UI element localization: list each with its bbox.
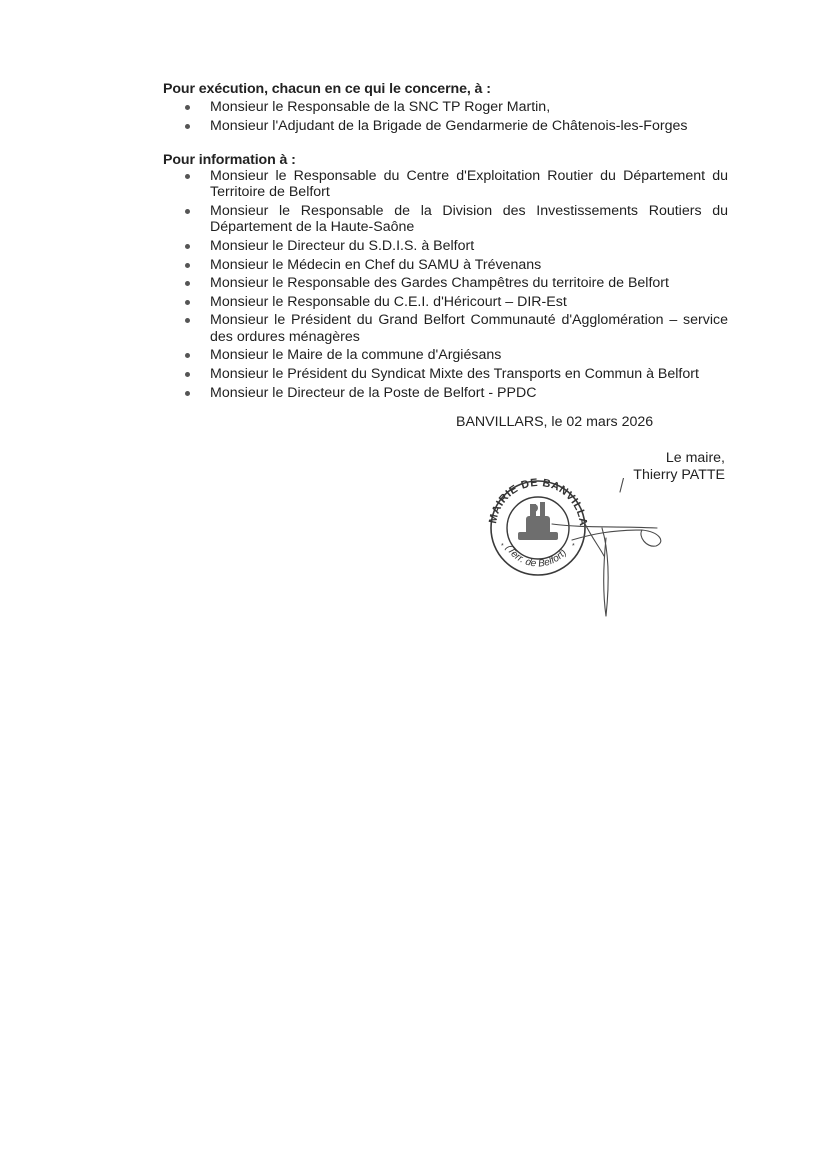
information-recipient-list: Monsieur le Responsable du Centre d'Expl… xyxy=(163,168,728,403)
list-item: Monsieur le Responsable du C.E.I. d'Héri… xyxy=(163,294,728,310)
list-item: Monsieur le Responsable de la SNC TP Rog… xyxy=(163,99,728,115)
list-item: Monsieur l'Adjudant de la Brigade de Gen… xyxy=(163,118,728,134)
bullet-icon xyxy=(185,124,190,129)
bullet-icon xyxy=(185,372,190,377)
bullet-icon xyxy=(185,174,190,179)
signatory-title: Le maire, xyxy=(633,450,725,467)
list-item: Monsieur le Responsable des Gardes Champ… xyxy=(163,275,728,291)
bullet-icon xyxy=(185,300,190,305)
list-item: Monsieur le Président du Syndicat Mixte … xyxy=(163,366,728,382)
bullet-icon xyxy=(185,391,190,396)
list-item: Monsieur le Responsable de la Division d… xyxy=(163,203,728,236)
bullet-icon xyxy=(185,263,190,268)
document-page: Pour exécution, chacun en ce qui le conc… xyxy=(0,0,827,1169)
handwritten-signature-icon xyxy=(482,478,672,628)
list-item: Monsieur le Responsable du Centre d'Expl… xyxy=(163,168,728,201)
bullet-icon xyxy=(185,105,190,110)
place-and-date: BANVILLARS, le 02 mars 2026 xyxy=(456,414,653,430)
list-item: Monsieur le Maire de la commune d'Argiés… xyxy=(163,347,728,363)
list-item: Monsieur le Président du Grand Belfort C… xyxy=(163,312,728,345)
information-heading: Pour information à : xyxy=(163,152,296,168)
execution-heading: Pour exécution, chacun en ce qui le conc… xyxy=(163,81,491,97)
list-item: Monsieur le Directeur de la Poste de Bel… xyxy=(163,385,728,401)
bullet-icon xyxy=(185,209,190,214)
bullet-icon xyxy=(185,281,190,286)
bullet-icon xyxy=(185,318,190,323)
list-item: Monsieur le Médecin en Chef du SAMU à Tr… xyxy=(163,257,728,273)
bullet-icon xyxy=(185,353,190,358)
execution-recipient-list: Monsieur le Responsable de la SNC TP Rog… xyxy=(163,99,728,136)
bullet-icon xyxy=(185,244,190,249)
stamp-and-signature: MAIRIE DE BANVILLARS (Terr. de Belfort) … xyxy=(482,478,672,628)
list-item: Monsieur le Directeur du S.D.I.S. à Belf… xyxy=(163,238,728,254)
